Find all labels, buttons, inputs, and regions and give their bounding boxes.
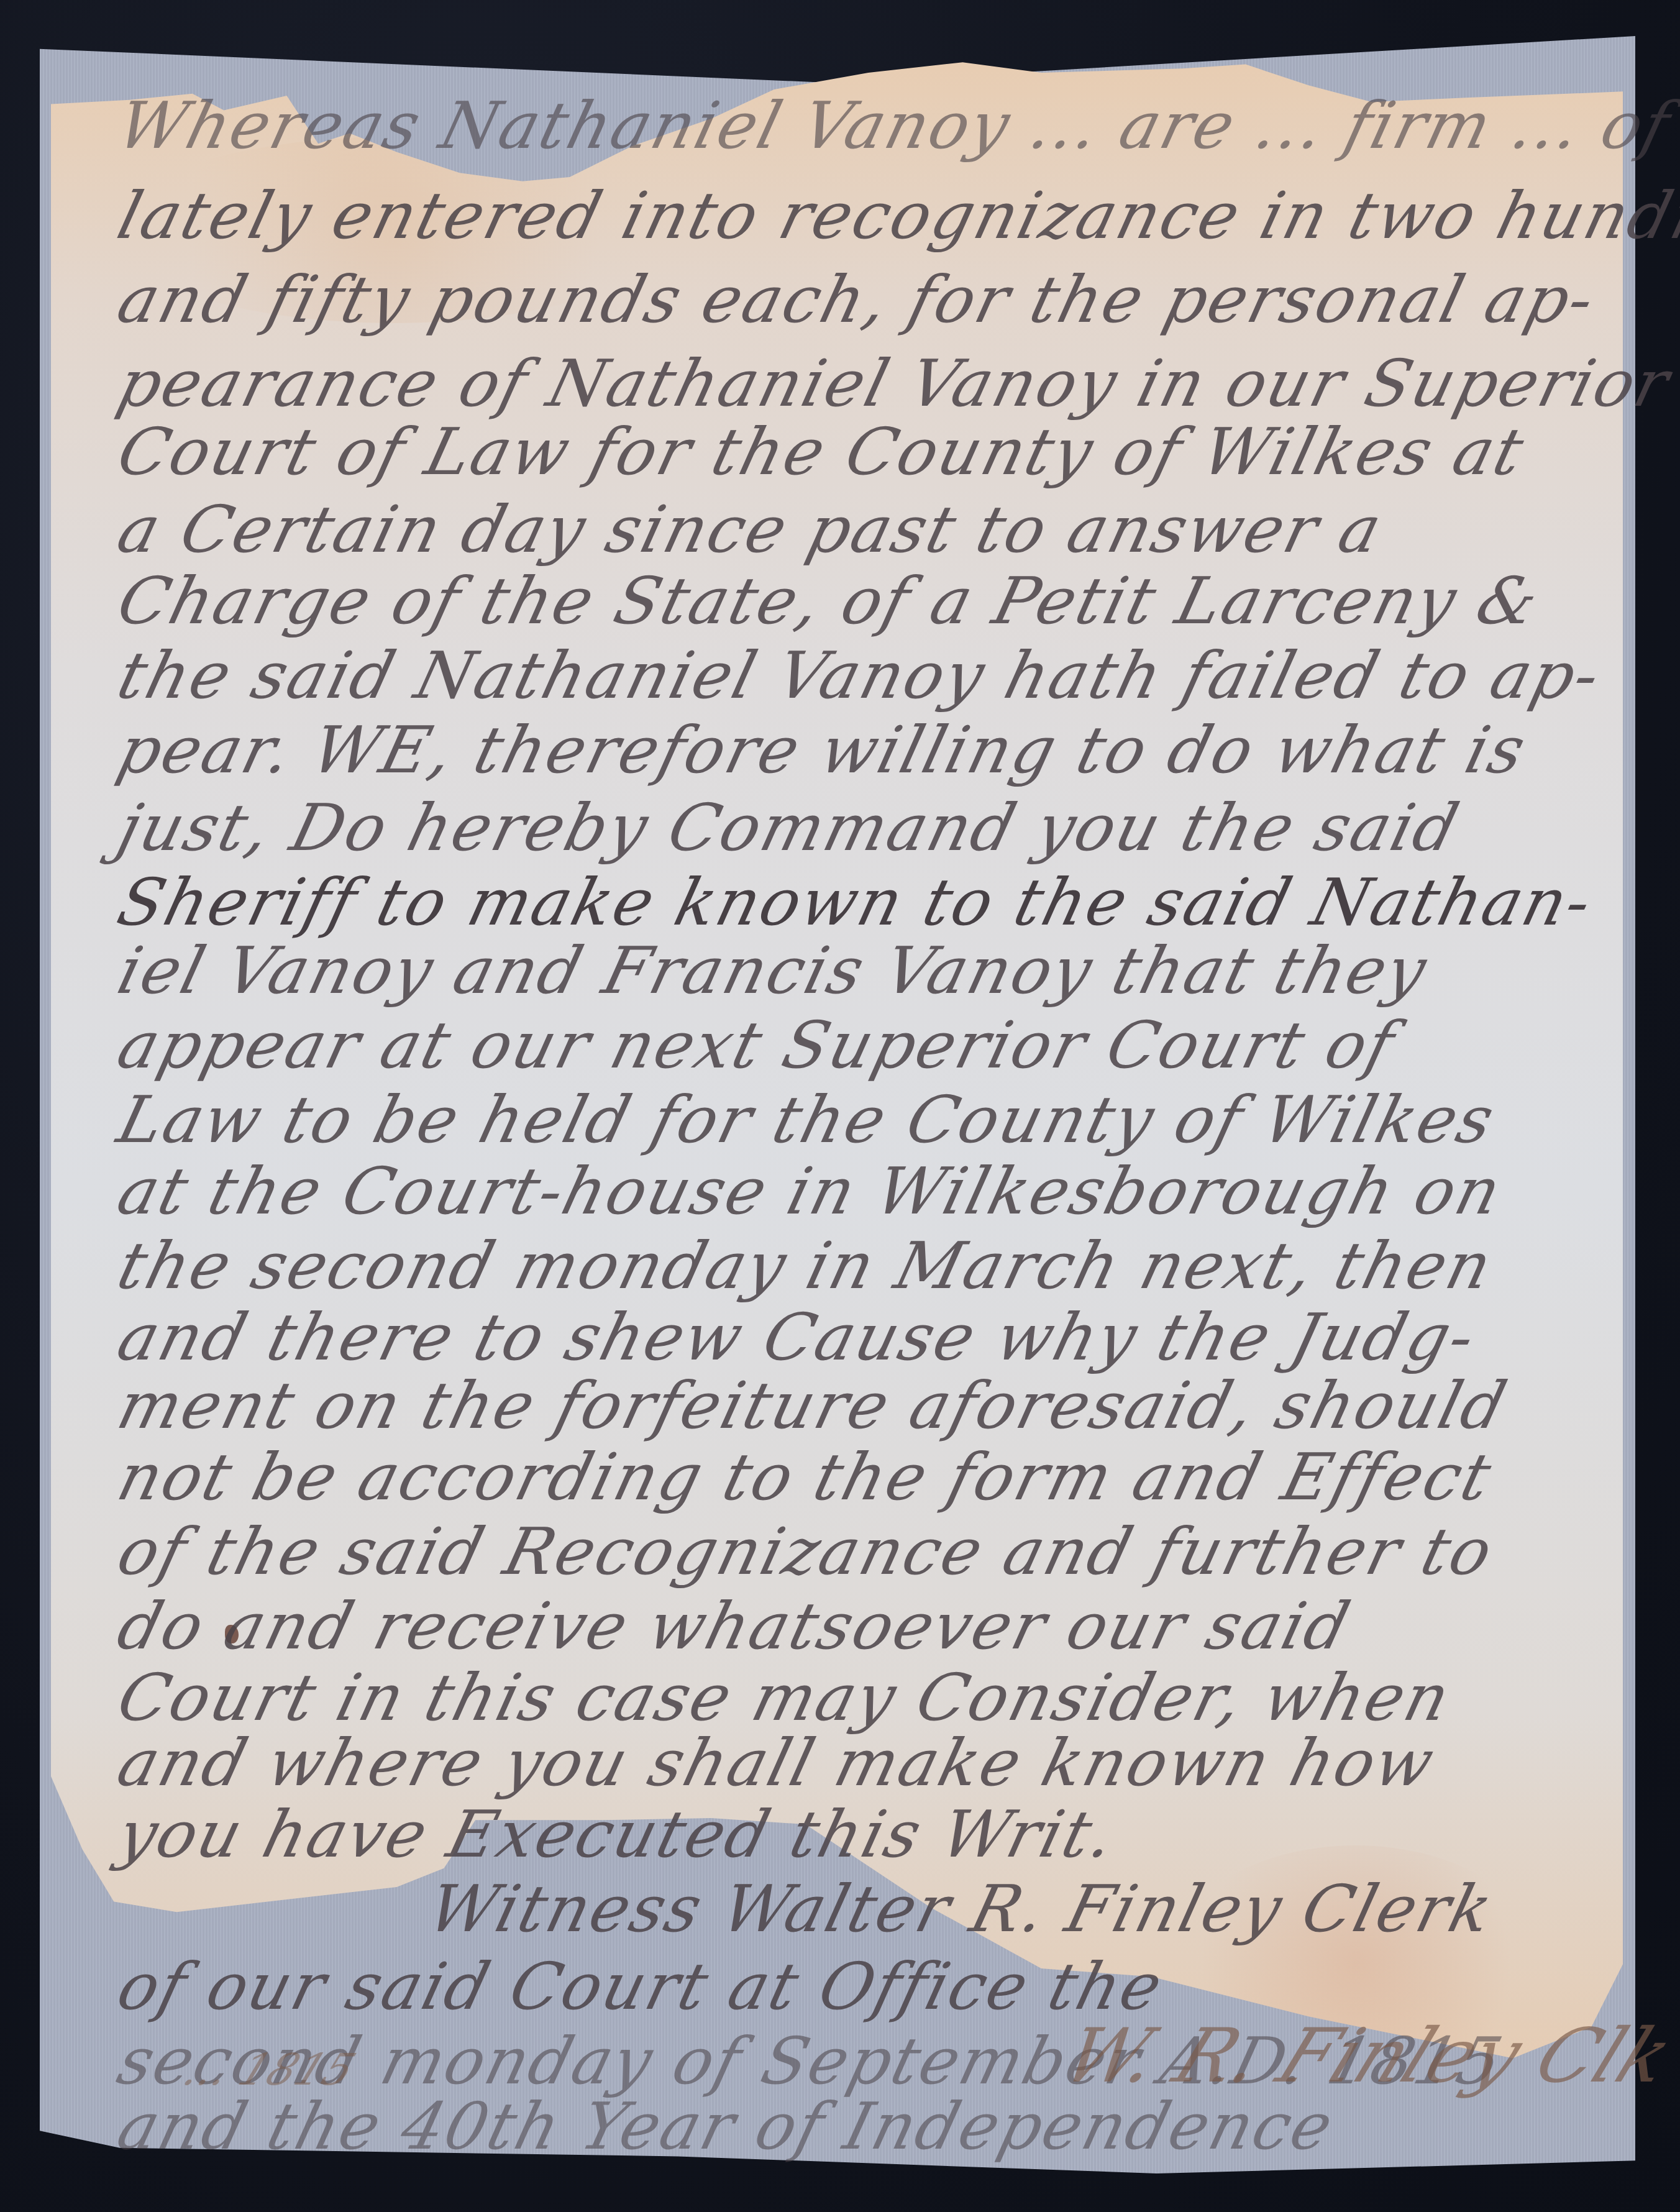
writ-line: Law to be held for the County of Wilkes — [112, 1087, 1502, 1152]
writ-line: the second monday in March next, then — [112, 1233, 1499, 1298]
writ-line: and fifty pounds each, for the personal … — [112, 267, 1602, 332]
writ-line: the said Nathaniel Vanoy hath failed to … — [112, 643, 1608, 708]
writ-line: Court of Law for the County of Wilkes at — [112, 419, 1532, 484]
writ-line: pear. WE, therefore willing to do what i… — [112, 718, 1533, 782]
witness-line: and the 40th Year of Independence — [112, 2094, 1340, 2159]
faded-bottom-notation: ... 1815 — [176, 2044, 362, 2095]
writ-line: Court in this case may Consider, when — [112, 1665, 1458, 1730]
writ-line: you have Executed this Writ. — [112, 1802, 1123, 1867]
writ-line: do and receive whatsoever our said — [112, 1594, 1357, 1658]
writ-line: lately entered into recognizance in two … — [112, 183, 1680, 248]
writ-line: iel Vanoy and Francis Vanoy that they — [112, 938, 1434, 1003]
writ-line: pearance of Nathaniel Vanoy in our Super… — [112, 351, 1677, 416]
writ-line: a Certain day since past to answer a — [112, 497, 1389, 562]
writ-line: at the Court-house in Wilkesborough on — [112, 1159, 1509, 1223]
clerk-signature: W. R. Finley Clk — [1051, 2013, 1680, 2100]
writ-line: and where you shall make known how — [112, 1730, 1441, 1795]
writ-line: appear at our next Superior Court of — [112, 1013, 1402, 1077]
witness-line: Witness Walter R. Finley Clerk — [422, 1876, 1500, 1941]
writ-line: Sheriff to make known to the said Nathan… — [112, 870, 1599, 935]
writ-line: Charge of the State, of a Petit Larceny … — [112, 569, 1546, 633]
writ-line: of the said Recognizance and further to — [112, 1519, 1500, 1584]
writ-line: ment on the forfeiture aforesaid, should — [112, 1373, 1514, 1438]
witness-line: of our said Court at Office the — [112, 1954, 1170, 2019]
writ-line: just, Do hereby Command you the said — [112, 795, 1466, 860]
writ-line: not be according to the form and Effect — [112, 1445, 1499, 1509]
writ-line: Whereas Nathaniel Vanoy ... are ... firm… — [112, 93, 1678, 158]
writ-line: and there to shew Cause why the Judg- — [112, 1305, 1482, 1369]
